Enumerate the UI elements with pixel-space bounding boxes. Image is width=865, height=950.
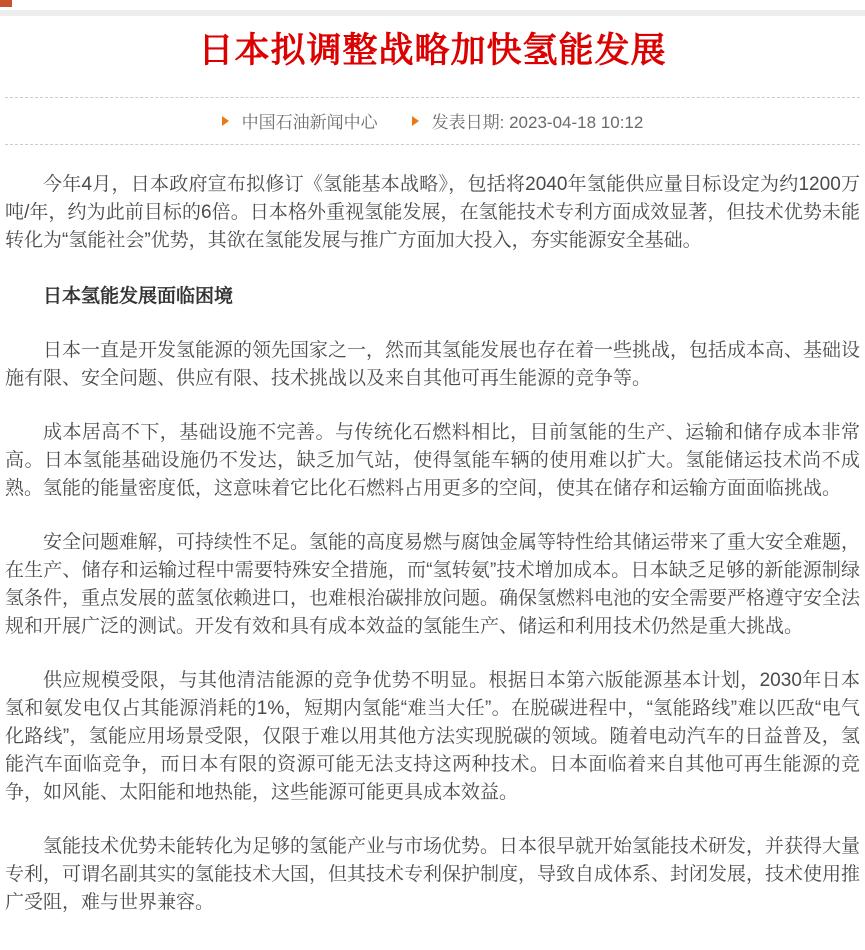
- article-paragraph: 成本居高不下，基础设施不完善。与传统化石燃料相比，目前氢能的生产、运输和储存成本…: [5, 419, 860, 503]
- article-paragraph: 日本一直是开发氢能源的领先国家之一，然而其氢能发展也存在着一些挑战，包括成本高、…: [5, 337, 860, 393]
- top-divider-band: [0, 10, 865, 16]
- triangle-bullet-icon: [222, 116, 229, 126]
- meta-source: 中国石油新闻中心: [222, 108, 378, 133]
- article-paragraph: 供应规模受限，与其他清洁能源的竞争优势不明显。根据日本第六版能源基本计划，203…: [5, 667, 860, 807]
- meta-source-label: 中国石油新闻中心: [242, 108, 378, 133]
- article-paragraph: 氢能技术优势未能转化为足够的氢能产业与市场优势。日本很早就开始氢能技术研发，并获…: [5, 833, 860, 917]
- triangle-bullet-icon: [412, 116, 419, 126]
- corner-artifact: [0, 0, 12, 7]
- article-body: 今年4月，日本政府宣布拟修订《氢能基本战略》，包括将2040年氢能供应量目标设定…: [0, 171, 865, 917]
- article-paragraph: 安全问题难解，可持续性不足。氢能的高度易燃与腐蚀金属等特性给其储运带来了重大安全…: [5, 529, 860, 641]
- meta-date-label: 发表日期: 2023-04-18 10:12: [432, 108, 644, 133]
- article-paragraph: 今年4月，日本政府宣布拟修订《氢能基本战略》，包括将2040年氢能供应量目标设定…: [5, 171, 860, 255]
- section-heading: 日本氢能发展面临困境: [5, 283, 860, 311]
- article-meta-bar: 中国石油新闻中心 发表日期: 2023-04-18 10:12: [5, 97, 860, 145]
- page-title: 日本拟调整战略加快氢能发展: [0, 27, 865, 75]
- meta-publish-date: 发表日期: 2023-04-18 10:12: [412, 108, 644, 133]
